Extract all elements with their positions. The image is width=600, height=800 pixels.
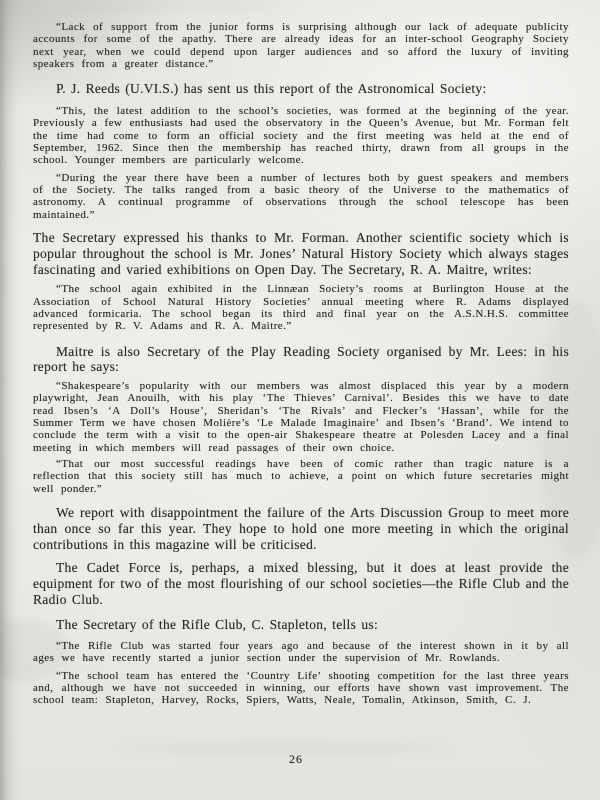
para-rifle-club-intro: The Secretary of the Rifle Club, C. Stap… (33, 617, 569, 633)
page-body: “Lack of support from the junior forms i… (33, 0, 569, 707)
para-arts-discussion-group: We report with disappointment the failur… (33, 505, 569, 552)
para-play-reading-quote-2: “That our most successful readings have … (33, 458, 569, 495)
heading-astronomical-society-report: P. J. Reeds (U.VI.S.) has sent us this r… (33, 81, 569, 97)
para-astronomical-society-quote-2: “During the year there have been a numbe… (33, 172, 569, 221)
para-cadet-force: The Cadet Force is, perhaps, a mixed ble… (33, 560, 569, 607)
para-rifle-club-quote-1: “The Rifle Club was started four years a… (33, 640, 569, 665)
para-natural-history-quote: “The school again exhibited in the Linnæ… (33, 283, 569, 332)
scan-edge-shadow (0, 0, 22, 800)
para-play-reading-quote-1: “Shakespeare’s popularity with our membe… (33, 380, 569, 454)
para-play-reading-intro: Maitre is also Secretary of the Play Rea… (33, 344, 569, 375)
page-number: 26 (0, 752, 592, 767)
para-rifle-club-quote-2: “The school team has entered the ‘Countr… (33, 670, 569, 707)
scanned-magazine-page: “Lack of support from the junior forms i… (0, 0, 600, 800)
para-geography-society-quote: “Lack of support from the junior forms i… (33, 21, 569, 70)
para-natural-history-intro: The Secretary expressed his thanks to Mr… (33, 230, 569, 277)
para-astronomical-society-quote-1: “This, the latest addition to the school… (33, 105, 569, 167)
